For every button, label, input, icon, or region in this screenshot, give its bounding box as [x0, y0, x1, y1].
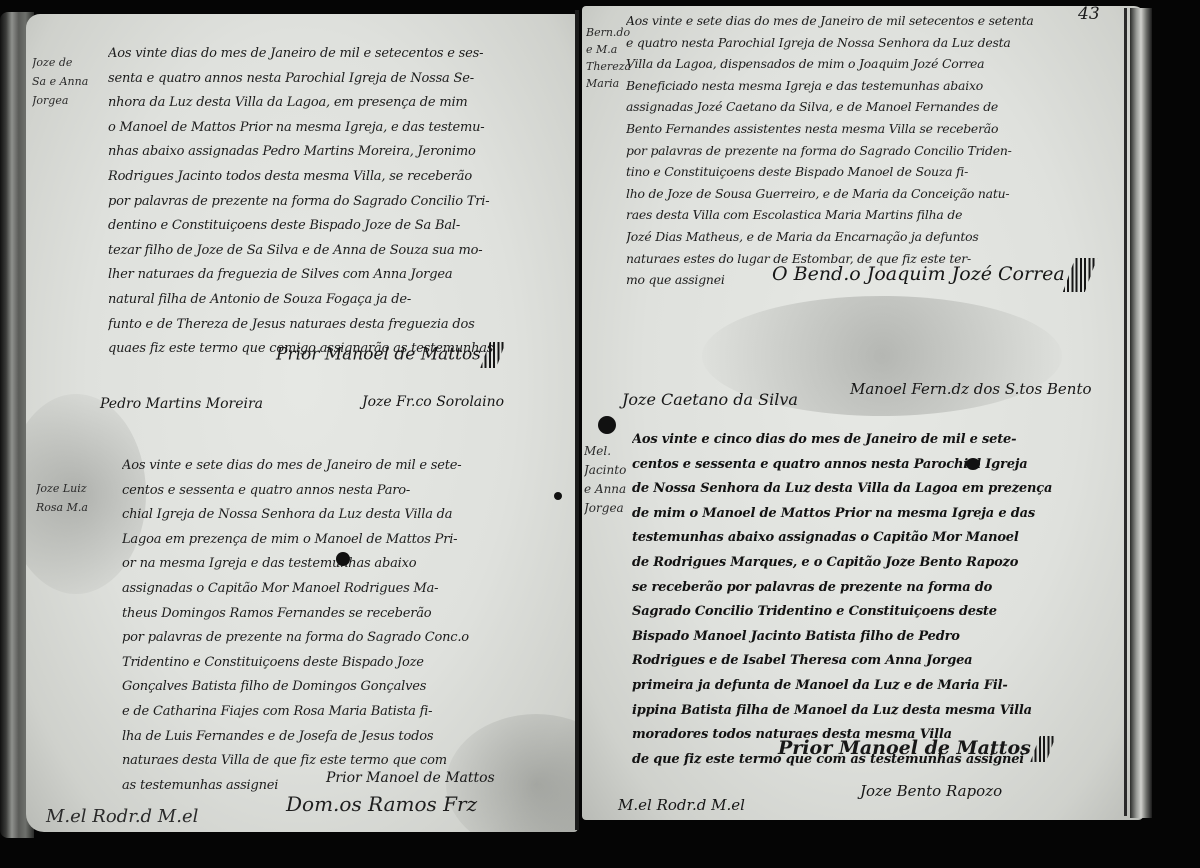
- page-gutter: [575, 10, 579, 830]
- text-line: Beneficiado nesta mesma Igreja e das tes…: [626, 75, 1106, 97]
- text-line: e quatro nesta Parochial Igreja de Nossa…: [626, 32, 1106, 54]
- margin-note-line: e M.a: [586, 41, 631, 58]
- page-ruling-line: [1124, 8, 1127, 816]
- bottom-signature-right: Joze Bento Rapozo: [860, 782, 1002, 800]
- text-line: ippina Batista filha de Manoel da Luz de…: [632, 699, 1092, 724]
- text-line: Aos vinte dias do mes de Janeiro de mil …: [108, 42, 548, 67]
- signature-prior-entry-1: Prior Manoel de Mattos: [276, 342, 501, 368]
- margin-note-line: Joze de: [32, 54, 88, 73]
- text-line: Rodrigues Jacinto todos desta mesma Vill…: [108, 165, 548, 190]
- book-edge-right: [1130, 8, 1152, 818]
- ink-blot: [598, 416, 616, 434]
- signature-prior-entry-2: Prior Manoel de Mattos: [778, 736, 1051, 762]
- text-line: de mim o Manoel de Mattos Prior na mesma…: [632, 502, 1092, 527]
- left-page: Joze de Sa e Anna Jorgea Aos vinte dias …: [26, 14, 578, 832]
- page-number: 43: [1078, 4, 1100, 24]
- open-register-book: Joze de Sa e Anna Jorgea Aos vinte dias …: [0, 0, 1200, 868]
- text-line: Aos vinte e sete dias do mes de Janeiro …: [122, 454, 552, 479]
- ink-blot: [554, 492, 562, 500]
- signature-beneficiado: O Bend.o Joaquim Jozé Correa: [772, 258, 1091, 292]
- margin-note-entry-2: Joze Luiz Rosa M.a: [36, 480, 88, 518]
- ink-blot: [966, 458, 980, 470]
- text-line: Aos vinte e cinco dias do mes de Janeiro…: [632, 428, 1092, 453]
- text-line: nhas abaixo assignadas Pedro Martins Mor…: [108, 140, 548, 165]
- witness-signature-right: Joze Fr.co Sorolaino: [362, 394, 504, 410]
- text-line: tino e Constituiçoens deste Bispado Mano…: [626, 161, 1106, 183]
- margin-note-entry-2: Mel. Jacinto e Anna Jorgea: [584, 442, 626, 518]
- margin-note-line: Jacinto: [584, 461, 626, 480]
- entry-2-body: Aos vinte e cinco dias do mes de Janeiro…: [632, 428, 1092, 772]
- margin-note-entry-1: Joze de Sa e Anna Jorgea: [32, 54, 88, 111]
- signature-text: Prior Manoel de Mattos: [276, 345, 481, 365]
- text-line: assignadas Jozé Caetano da Silva, e de M…: [626, 96, 1106, 118]
- text-line: o Manoel de Mattos Prior na mesma Igreja…: [108, 116, 548, 141]
- signature-prior-entry-2: Prior Manoel de Mattos: [326, 770, 495, 786]
- text-line: e de Catharina Fiajes com Rosa Maria Bat…: [122, 700, 552, 725]
- entry-1-body: Aos vinte dias do mes de Janeiro de mil …: [108, 42, 548, 362]
- margin-note-line: Maria: [586, 75, 631, 92]
- text-line: Gonçalves Batista filho de Domingos Gonç…: [122, 675, 552, 700]
- text-line: lha de Luis Fernandes e de Josefa de Jes…: [122, 725, 552, 750]
- entry-2-body: Aos vinte e sete dias do mes de Janeiro …: [122, 454, 552, 798]
- witness-signature-left: Joze Caetano da Silva: [622, 390, 798, 409]
- text-line: Bispado Manoel Jacinto Batista filho de …: [632, 625, 1092, 650]
- margin-note-line: Joze Luiz: [36, 480, 88, 499]
- margin-note-line: Rosa M.a: [36, 499, 88, 518]
- text-line: Sagrado Concilio Tridentino e Constituiç…: [632, 600, 1092, 625]
- text-line: centos e sessenta e quatro annos nesta P…: [122, 479, 552, 504]
- bottom-signature-left: M.el Rodr.d M.el: [46, 806, 198, 827]
- signature-text: Prior Manoel de Mattos: [778, 737, 1031, 759]
- text-line: lho de Joze de Sousa Guerreiro, e de Mar…: [626, 183, 1106, 205]
- margin-note-line: Mel.: [584, 442, 626, 461]
- text-line: Bento Fernandes assistentes nesta mesma …: [626, 118, 1106, 140]
- text-line: por palavras de prezente na forma do Sag…: [626, 140, 1106, 162]
- text-line: de Nossa Senhora da Luz desta Villa da L…: [632, 477, 1092, 502]
- text-line: lher naturaes da freguezia de Silves com…: [108, 263, 548, 288]
- text-line: Jozé Dias Matheus, e de Maria da Encarna…: [626, 226, 1106, 248]
- bottom-signature-right: Dom.os Ramos Frz: [286, 792, 477, 816]
- text-line: por palavras de prezente na forma do Sag…: [108, 190, 548, 215]
- witness-signature-right: Manoel Fern.dz dos S.tos Bento: [850, 380, 1092, 398]
- right-page: Bern.do e M.a Thereza Maria Aos vinte e …: [582, 6, 1144, 820]
- text-line: natural filha de Antonio de Souza Fogaça…: [108, 288, 548, 313]
- text-line: tezar filho de Joze de Sa Silva e de Ann…: [108, 239, 548, 264]
- signature-text: O Bend.o Joaquim Jozé Correa: [772, 263, 1065, 285]
- bottom-signature-left: M.el Rodr.d M.el: [618, 796, 745, 814]
- margin-note-entry-1: Bern.do e M.a Thereza Maria: [586, 24, 631, 92]
- text-line: Aos vinte e sete dias do mes de Janeiro …: [626, 10, 1106, 32]
- text-line: Rodrigues e de Isabel Theresa com Anna J…: [632, 649, 1092, 674]
- text-line: Villa da Lagoa, dispensados de mim o Joa…: [626, 53, 1106, 75]
- text-line: se receberão por palavras de prezente na…: [632, 576, 1092, 601]
- text-line: por palavras de prezente na forma do Sag…: [122, 626, 552, 651]
- text-line: senta e quatro annos nesta Parochial Igr…: [108, 67, 548, 92]
- margin-note-line: Jorgea: [32, 92, 88, 111]
- margin-note-line: Bern.do: [586, 24, 631, 41]
- entry-1-body: Aos vinte e sete dias do mes de Janeiro …: [626, 10, 1106, 291]
- text-line: primeira ja defunta de Manoel da Luz e d…: [632, 674, 1092, 699]
- text-line: nhora da Luz desta Villa da Lagoa, em pr…: [108, 91, 548, 116]
- margin-note-line: Thereza: [586, 58, 631, 75]
- text-line: testemunhas abaixo assignadas o Capitão …: [632, 526, 1092, 551]
- text-line: theus Domingos Ramos Fernandes se recebe…: [122, 602, 552, 627]
- ink-blot: [336, 552, 350, 566]
- text-line: Lagoa em prezença de mim o Manoel de Mat…: [122, 528, 552, 553]
- text-line: Tridentino e Constituiçoens deste Bispad…: [122, 651, 552, 676]
- text-line: chial Igreja de Nossa Senhora da Luz des…: [122, 503, 552, 528]
- witness-signature-left: Pedro Martins Moreira: [100, 396, 263, 412]
- text-line: centos e sessenta e quatro annos nesta P…: [632, 453, 1092, 478]
- margin-note-line: Jorgea: [584, 499, 626, 518]
- text-line: assignadas o Capitão Mor Manoel Rodrigue…: [122, 577, 552, 602]
- margin-note-line: e Anna: [584, 480, 626, 499]
- text-line: de Rodrigues Marques, e o Capitão Joze B…: [632, 551, 1092, 576]
- text-line: dentino e Constituiçoens deste Bispado J…: [108, 214, 548, 239]
- text-line: funto e de Thereza de Jesus naturaes des…: [108, 313, 548, 338]
- margin-note-line: Sa e Anna: [32, 73, 88, 92]
- text-line: raes desta Villa com Escolastica Maria M…: [626, 204, 1106, 226]
